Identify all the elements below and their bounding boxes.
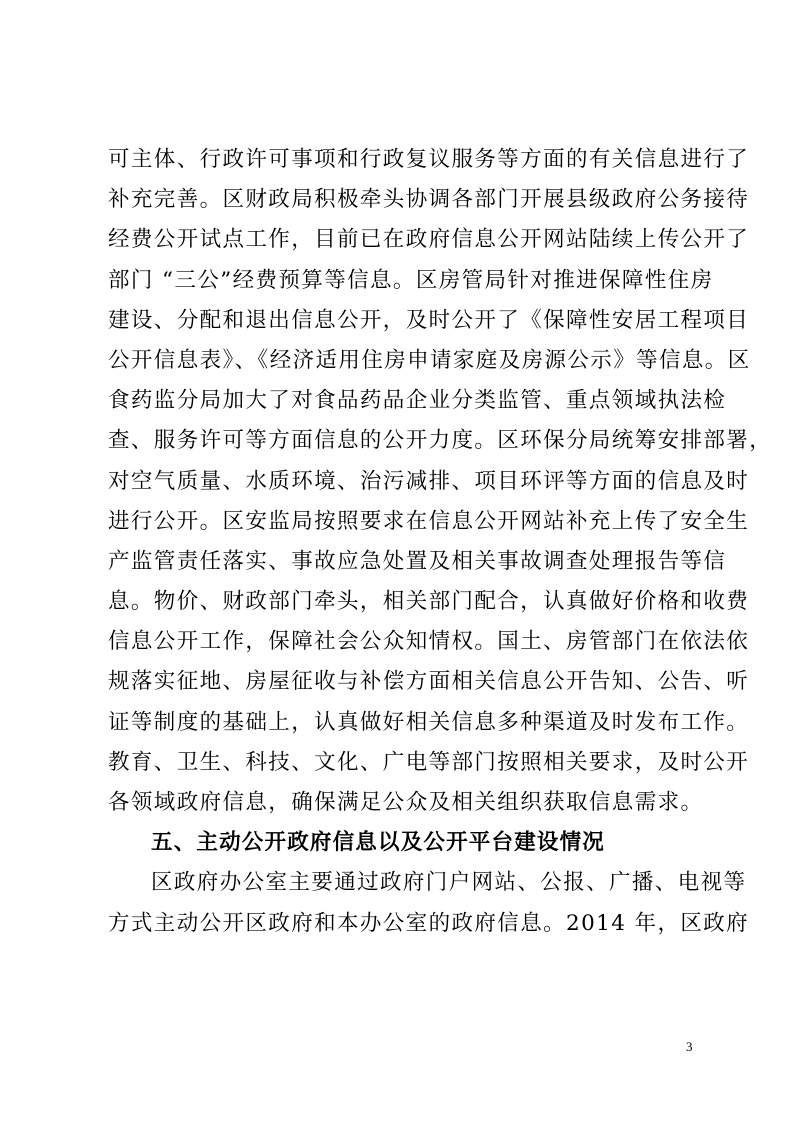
paragraph-line: 教育、卫生、科技、文化、广电等部门按照相关要求，及时公开 (108, 743, 693, 783)
document-page: 可主体、行政许可事项和行政复议服务等方面的有关信息进行了 补充完善。区财政局积极… (0, 0, 793, 1122)
paragraph-line: 食药监分局加大了对食品药品企业分类监管、重点领域执法检 (108, 381, 693, 421)
paragraph-line: 公开信息表》、《经济适用住房申请家庭及房源公示》等信息。区 (108, 341, 693, 381)
paragraph-line: 各领域政府信息，确保满足公众及相关组织获取信息需求。 (108, 783, 693, 823)
paragraph-line: 建设、分配和退出信息公开，及时公开了《保障性安居工程项目 (108, 301, 693, 341)
paragraph-line: 进行公开。区安监局按照要求在信息公开网站补充上传了安全生 (108, 502, 693, 542)
paragraph-line: 规落实征地、房屋征收与补偿方面相关信息公开告知、公告、听 (108, 662, 693, 702)
paragraph-line: 产监管责任落实、事故应急处置及相关事故调查处理报告等信 (108, 542, 693, 582)
paragraph-line: 部门 “三公”经费预算等信息。区房管局针对推进保障性住房 (108, 261, 693, 301)
section-heading: 五、主动公开政府信息以及公开平台建设情况 (108, 823, 693, 863)
paragraph-line: 查、服务许可等方面信息的公开力度。区环保分局统筹安排部署， (108, 421, 693, 461)
paragraph-line: 可主体、行政许可事项和行政复议服务等方面的有关信息进行了 (108, 140, 693, 180)
paragraph-line: 经费公开试点工作，目前已在政府信息公开网站陆续上传公开了 (108, 220, 693, 260)
paragraph-line: 息。物价、财政部门牵头，相关部门配合，认真做好价格和收费 (108, 582, 693, 622)
paragraph-line: 证等制度的基础上，认真做好相关信息多种渠道及时发布工作。 (108, 703, 693, 743)
body-text: 可主体、行政许可事项和行政复议服务等方面的有关信息进行了 补充完善。区财政局积极… (108, 140, 693, 944)
paragraph-line: 补充完善。区财政局积极牵头协调各部门开展县级政府公务接待 (108, 180, 693, 220)
paragraph-line: 方式主动公开区政府和本办公室的政府信息。2014 年，区政府 (108, 904, 693, 944)
paragraph-line: 区政府办公室主要通过政府门户网站、公报、广播、电视等 (108, 863, 693, 903)
paragraph-line: 对空气质量、水质环境、治污减排、项目环评等方面的信息及时 (108, 462, 693, 502)
paragraph-line: 信息公开工作，保障社会公众知情权。国土、房管部门在依法依 (108, 622, 693, 662)
page-number: 3 (686, 1039, 693, 1055)
